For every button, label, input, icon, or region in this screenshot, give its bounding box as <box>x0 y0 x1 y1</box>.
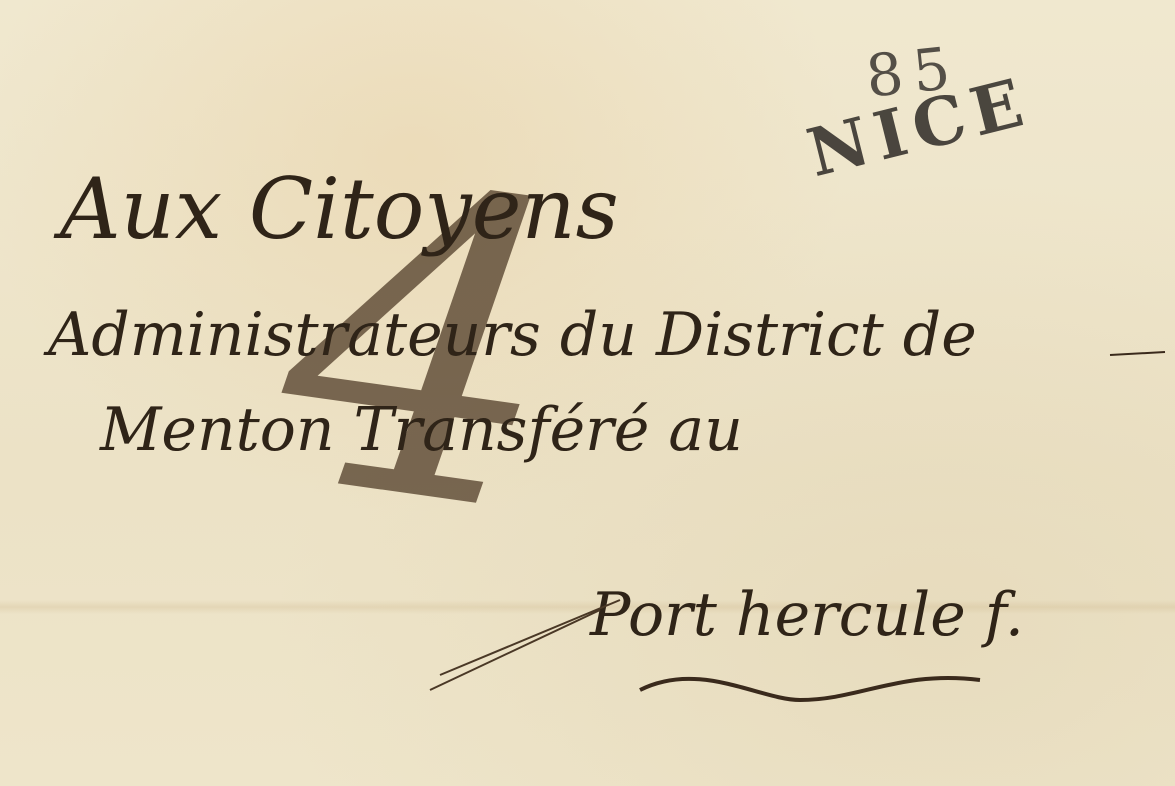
underline-flourish <box>640 678 980 700</box>
pen-stroke-left <box>430 600 620 690</box>
dash-flourish <box>1110 352 1165 355</box>
flourish-strokes <box>0 0 1175 786</box>
